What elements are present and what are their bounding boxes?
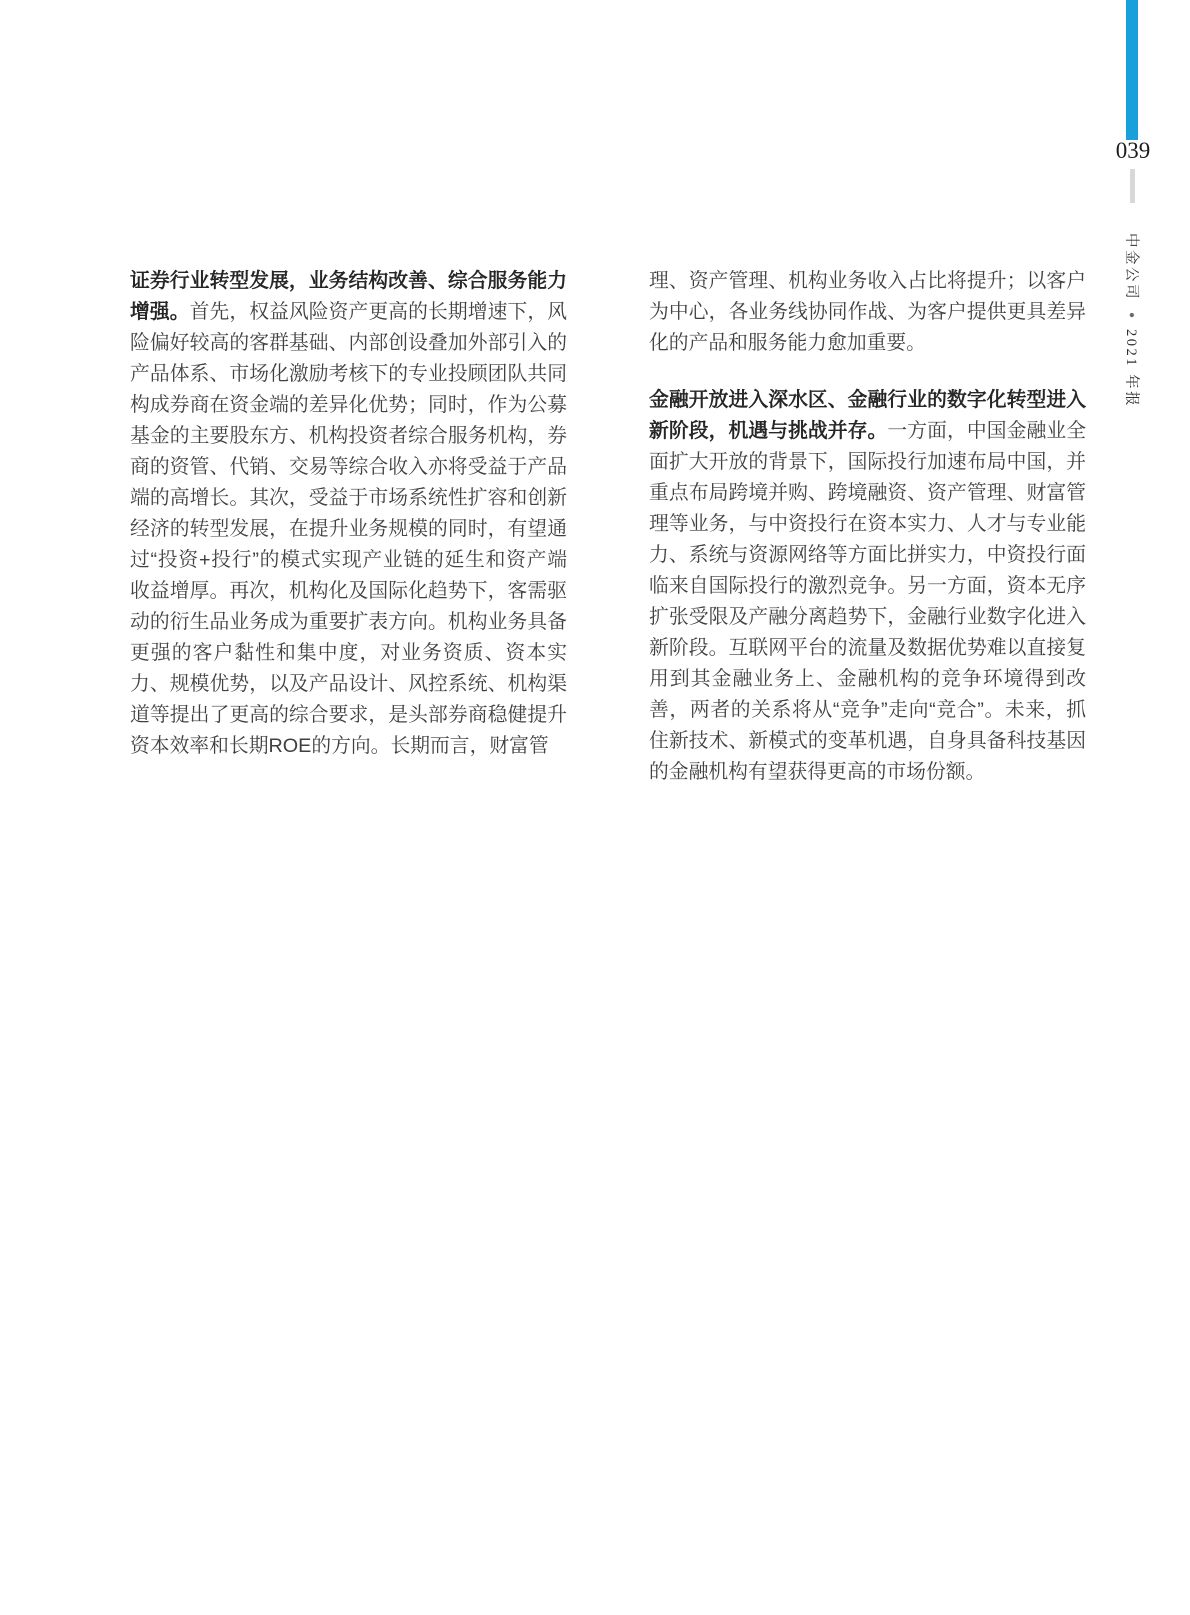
page-number-divider	[1130, 169, 1135, 203]
paragraph-body: 一方面，中国金融业全面扩大开放的背景下，国际投行加速布局中国，并重点布局跨境并购…	[649, 420, 1086, 783]
paragraph-securities-transformation: 证券行业转型发展，业务结构改善、综合服务能力增强。首先，权益风险资产更高的长期增…	[130, 266, 567, 762]
paragraph-body: 理、资产管理、机构业务收入占比将提升；以客户为中心，各业务线协同作战、为客户提供…	[649, 270, 1086, 354]
sidebar-edition: 2021 年报	[1123, 329, 1139, 408]
sidebar-caption: 中金公司●2021 年报	[1122, 233, 1143, 408]
sidebar-company-name: 中金公司	[1123, 233, 1139, 301]
paragraph-financial-opening: 金融开放进入深水区、金融行业的数字化转型进入新阶段，机遇与挑战并存。一方面，中国…	[649, 385, 1086, 788]
accent-bar	[1126, 0, 1138, 140]
right-column: 理、资产管理、机构业务收入占比将提升；以客户为中心，各业务线协同作战、为客户提供…	[649, 266, 1086, 788]
bullet-separator-icon: ●	[1126, 312, 1137, 318]
left-column: 证券行业转型发展，业务结构改善、综合服务能力增强。首先，权益风险资产更高的长期增…	[130, 266, 567, 762]
page-number: 039	[1103, 138, 1163, 164]
paragraph-continuation: 理、资产管理、机构业务收入占比将提升；以客户为中心，各业务线协同作战、为客户提供…	[649, 266, 1086, 359]
report-page: 039 中金公司●2021 年报 证券行业转型发展，业务结构改善、综合服务能力增…	[0, 0, 1190, 1615]
paragraph-body: 首先，权益风险资产更高的长期增速下，风险偏好较高的客群基础、内部创设叠加外部引入…	[130, 301, 567, 757]
